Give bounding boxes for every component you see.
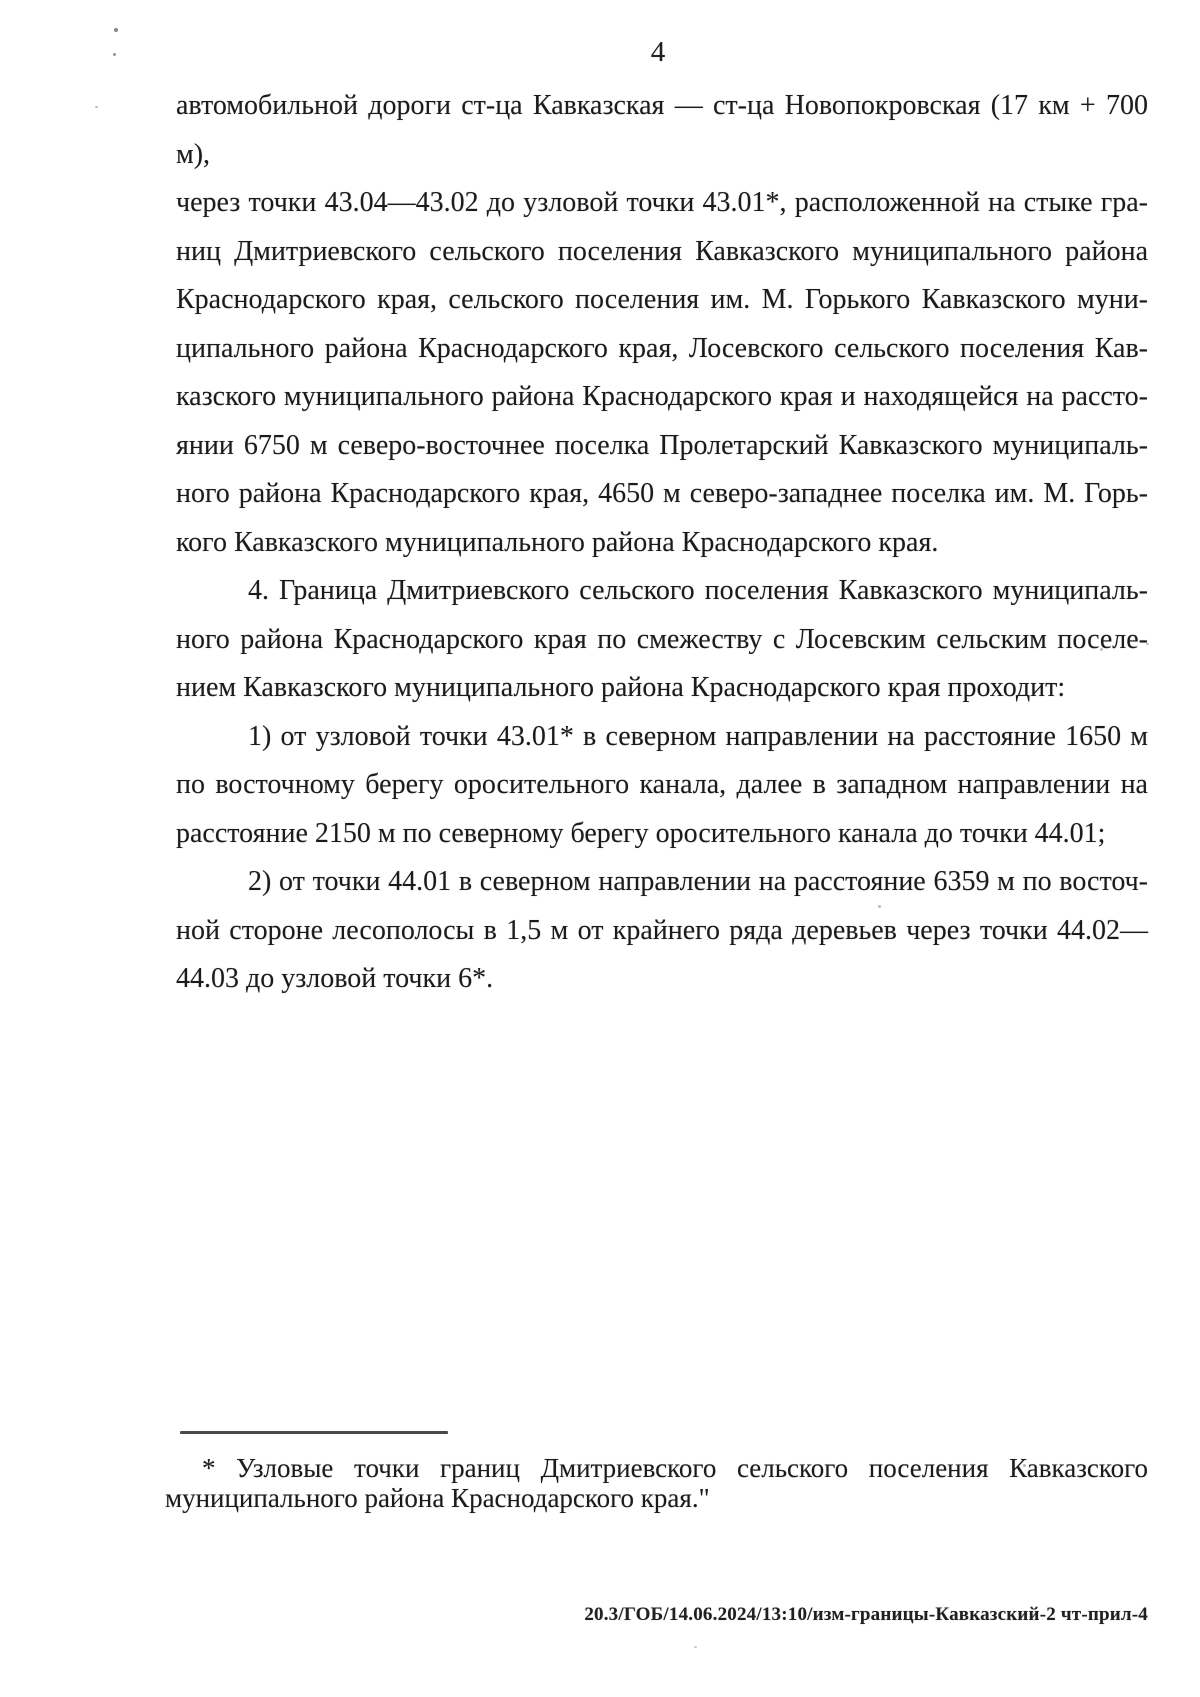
text-line: по восточному берегу оросительного канал… xyxy=(176,761,1148,810)
document-page: 4 автомобильной дороги ст-ца Кавказская … xyxy=(0,0,1200,1697)
text-line: янии 6750 м северо-восточнее поселка Про… xyxy=(176,422,1148,471)
body-text: автомобильной дороги ст-ца Кавказская — … xyxy=(176,82,1148,1004)
text-line: 1) от узловой точки 43.01* в северном на… xyxy=(176,713,1148,762)
scan-speck xyxy=(1023,1464,1026,1467)
text-line: 2) от точки 44.01 в северном направлении… xyxy=(176,858,1148,907)
text-line: 44.03 до узловой точки 6*. xyxy=(176,955,1148,1004)
text-line: ниц Дмитриевского сельского поселения Ка… xyxy=(176,228,1148,277)
paragraph: автомобильной дороги ст-ца Кавказская — … xyxy=(176,82,1148,567)
text-line: ципального района Краснодарского края, Л… xyxy=(176,325,1148,374)
footnote-line: муниципального района Краснодарского кра… xyxy=(165,1483,1148,1513)
text-line: нием Кавказского муниципального района К… xyxy=(176,664,1148,713)
scan-speck xyxy=(95,106,98,108)
text-line: казского муниципального района Краснодар… xyxy=(176,373,1148,422)
scan-speck xyxy=(694,1646,697,1648)
text-line: ной стороне лесополосы в 1,5 м от крайне… xyxy=(176,907,1148,956)
text-line: кого Кавказского муниципального района К… xyxy=(176,519,1148,568)
text-line: Краснодарского края, сельского поселения… xyxy=(176,276,1148,325)
text-line: автомобильной дороги ст-ца Кавказская — … xyxy=(176,82,1148,179)
footnote: * Узловые точки границ Дмитриевского сел… xyxy=(165,1453,1148,1513)
page-number: 4 xyxy=(558,36,758,69)
paragraph: 4. Граница Дмитриевского сельского посел… xyxy=(176,567,1148,713)
text-line: 4. Граница Дмитриевского сельского посел… xyxy=(176,567,1148,616)
footnote-line: * Узловые точки границ Дмитриевского сел… xyxy=(165,1453,1148,1483)
scan-speck xyxy=(1100,648,1103,651)
text-line: через точки 43.04—43.02 до узловой точки… xyxy=(176,179,1148,228)
text-line: расстояние 2150 м по северному берегу ор… xyxy=(176,810,1148,859)
scan-speck xyxy=(878,905,881,908)
text-line: ного района Краснодарского края по смеже… xyxy=(176,616,1148,665)
doc-reference-footer: 20.3/ГОБ/14.06.2024/13:10/изм-границы-Ка… xyxy=(584,1604,1148,1626)
scan-speck xyxy=(113,53,116,56)
footnote-rule xyxy=(180,1431,448,1434)
paragraph: 1) от узловой точки 43.01* в северном на… xyxy=(176,713,1148,859)
scan-speck xyxy=(1146,643,1149,645)
scan-speck xyxy=(114,28,118,32)
paragraph: 2) от точки 44.01 в северном направлении… xyxy=(176,858,1148,1004)
text-line: ного района Краснодарского края, 4650 м … xyxy=(176,470,1148,519)
